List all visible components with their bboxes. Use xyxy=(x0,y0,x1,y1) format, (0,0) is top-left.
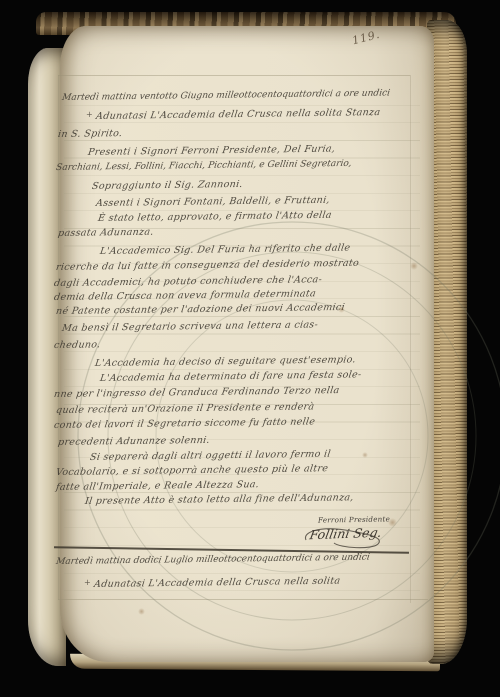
insertion-mark: + xyxy=(84,578,91,587)
handwritten-line: passata Adunanza. xyxy=(57,228,154,239)
margin-frame-left xyxy=(58,75,59,600)
foxing-spot xyxy=(388,518,397,527)
margin-frame-bottom xyxy=(58,599,428,600)
foxing-spot xyxy=(362,452,368,458)
manuscript-scan: 119. Martedì mattina ventotto Giugno mil… xyxy=(0,0,500,697)
foxing-spot xyxy=(138,608,145,615)
insertion-mark: + xyxy=(86,110,93,119)
margin-frame-right xyxy=(410,75,411,603)
signature-president: Ferroni Presidente xyxy=(318,514,390,524)
foxing-spot xyxy=(410,262,418,270)
signature-secretary: Follini Seg. xyxy=(308,525,383,542)
margin-frame-top xyxy=(58,75,410,76)
handwritten-line: precedenti Adunanze solenni. xyxy=(57,436,210,448)
handwritten-line: Sopraggiunto il Sig. Zannoni. xyxy=(91,180,243,192)
handwritten-line: cheduno. xyxy=(53,340,101,350)
foxing-spot xyxy=(338,306,345,313)
handwritten-line: in S. Spirito. xyxy=(57,129,123,139)
